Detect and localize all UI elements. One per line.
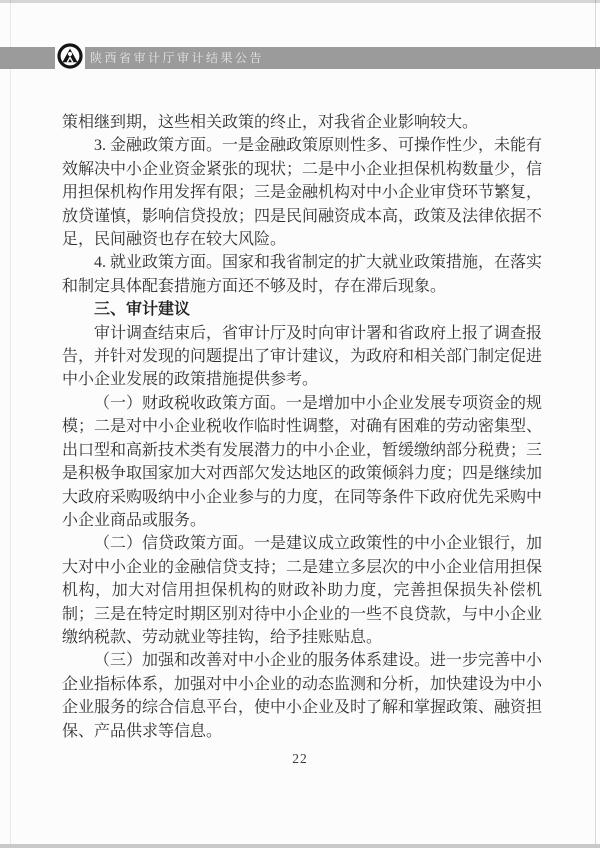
audit-emblem-icon bbox=[57, 43, 83, 74]
paragraph-report-submission: 审计调查结束后，省审计厅及时向审计署和省政府上报了调查报告，并针对发现的问题提出… bbox=[62, 322, 542, 392]
paragraph-continuation: 策相继到期，这些相关政策的终止，对我省企业影响较大。 bbox=[62, 111, 542, 134]
scan-page-edge-right bbox=[595, 0, 596, 848]
page-number: 22 bbox=[0, 751, 600, 767]
section-heading-audit-suggestions: 三、审计建议 bbox=[62, 298, 542, 321]
header-banner: 陕西省审计厅审计结果公告 bbox=[0, 47, 600, 69]
paragraph-suggestion-service-system: （三）加强和改善对中小企业的服务体系建设。进一步完善中小企业指标体系，加强对中小… bbox=[62, 649, 542, 743]
scan-edge-bottom bbox=[0, 844, 600, 848]
header-title: 陕西省审计厅审计结果公告 bbox=[90, 47, 264, 69]
document-body: 策相继到期，这些相关政策的终止，对我省企业影响较大。 3. 金融政策方面。一是金… bbox=[62, 111, 542, 743]
scan-edge-top bbox=[0, 0, 600, 3]
document-page: 陕西省审计厅审计结果公告 策相继到期，这些相关政策的终止，对我省企业影响较大。 … bbox=[0, 0, 600, 848]
paragraph-employment-policy: 4. 就业政策方面。国家和我省制定的扩大就业政策措施，在落实和制定具体配套措施方… bbox=[62, 251, 542, 298]
paragraph-suggestion-fiscal-tax: （一）财政税收政策方面。一是增加中小企业发展专项资金的规模；二是对中小企业税收作… bbox=[62, 392, 542, 532]
paragraph-suggestion-credit: （二）信贷政策方面。一是建议成立政策性的中小企业银行，加大对中小企业的金融信贷支… bbox=[62, 532, 542, 649]
audit-logo-block bbox=[55, 43, 85, 73]
scan-page-edge-left bbox=[10, 0, 11, 848]
paragraph-finance-policy: 3. 金融政策方面。一是金融政策原则性多、可操作性少，未能有效解决中小企业资金紧… bbox=[62, 134, 542, 251]
